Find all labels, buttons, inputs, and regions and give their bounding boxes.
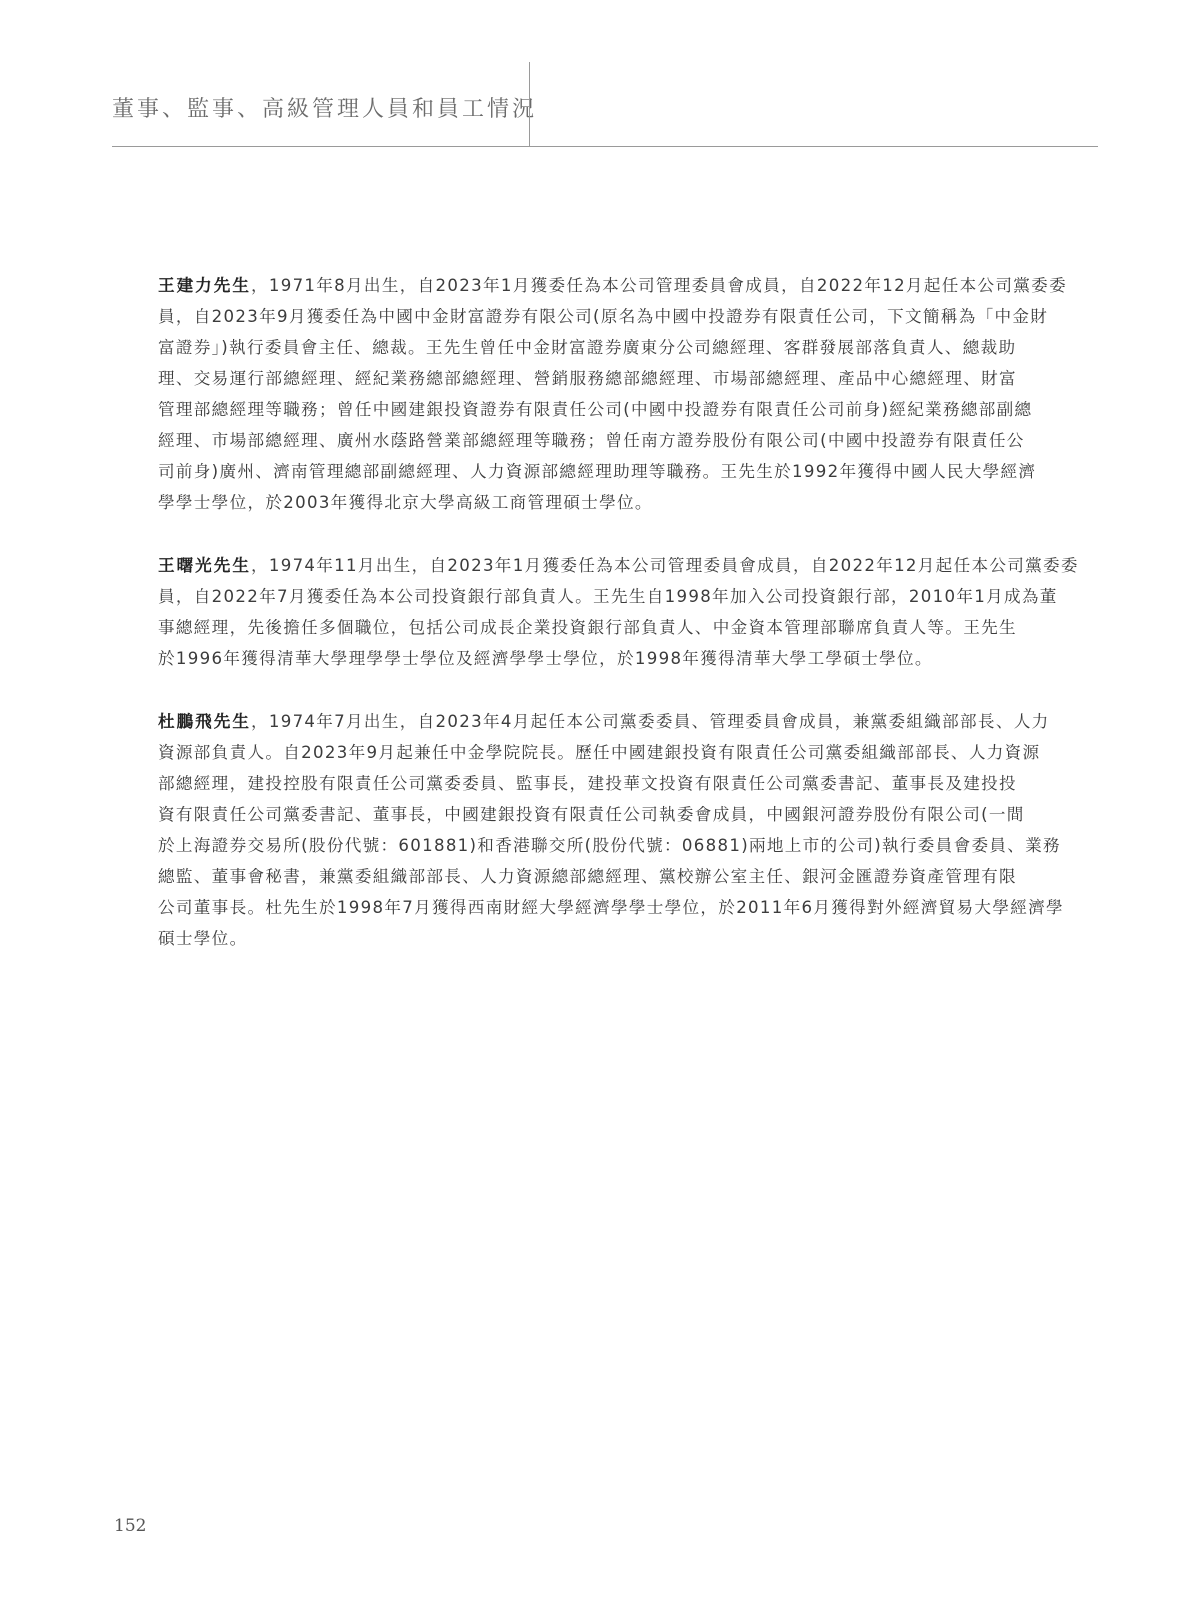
bio-line: 富證券」)執行委員會主任、總裁。王先生曾任中金財富證券廣東分公司總經理、客群發展… bbox=[158, 332, 1094, 363]
bio-line: 王曙光先生，1974年11月出生，自2023年1月獲委任為本公司管理委員會成員，… bbox=[158, 550, 1094, 581]
bio-paragraph-wang-jianli: 王建力先生，1971年8月出生，自2023年1月獲委任為本公司管理委員會成員，自… bbox=[158, 270, 1094, 518]
header-horizontal-rule bbox=[112, 146, 1098, 147]
bio-paragraph-wang-shuguang: 王曙光先生，1974年11月出生，自2023年1月獲委任為本公司管理委員會成員，… bbox=[158, 550, 1094, 674]
bio-line: 管理部總經理等職務；曾任中國建銀投資證券有限責任公司(中國中投證券有限責任公司前… bbox=[158, 394, 1094, 425]
bio-line: 事總經理，先後擔任多個職位，包括公司成長企業投資銀行部負責人、中金資本管理部聯席… bbox=[158, 612, 1094, 643]
bio-line: 員，自2022年7月獲委任為本公司投資銀行部負責人。王先生自1998年加入公司投… bbox=[158, 581, 1094, 612]
section-title: 董事、監事、高級管理人員和員工情況 bbox=[112, 92, 537, 123]
bio-line: 資有限責任公司黨委書記、董事長，中國建銀投資有限責任公司執委會成員，中國銀河證券… bbox=[158, 799, 1094, 830]
person-name: 王建力先生 bbox=[158, 276, 251, 295]
bio-line: 員，自2023年9月獲委任為中國中金財富證券有限公司(原名為中國中投證券有限責任… bbox=[158, 301, 1094, 332]
bio-line: 於1996年獲得清華大學理學學士學位及經濟學學士學位，於1998年獲得清華大學工… bbox=[158, 643, 1094, 674]
bio-line: 理、交易運行部總經理、經紀業務總部總經理、營銷服務總部總經理、市場部總經理、產品… bbox=[158, 363, 1094, 394]
bio-line: 司前身)廣州、濟南管理總部副總經理、人力資源部總經理助理等職務。王先生於1992… bbox=[158, 456, 1094, 487]
bio-line: 資源部負責人。自2023年9月起兼任中金學院院長。歷任中國建銀投資有限責任公司黨… bbox=[158, 737, 1094, 768]
bio-line: 經理、市場部總經理、廣州水蔭路營業部總經理等職務；曾任南方證券股份有限公司(中國… bbox=[158, 425, 1094, 456]
page-number: 152 bbox=[114, 1516, 146, 1536]
bio-line: 王建力先生，1971年8月出生，自2023年1月獲委任為本公司管理委員會成員，自… bbox=[158, 270, 1094, 301]
bio-paragraph-du-pengfei: 杜鵬飛先生，1974年7月出生，自2023年4月起任本公司黨委委員、管理委員會成… bbox=[158, 706, 1094, 954]
header-vertical-divider bbox=[529, 62, 530, 146]
bio-line: 碩士學位。 bbox=[158, 923, 1094, 954]
biographies-section: 王建力先生，1971年8月出生，自2023年1月獲委任為本公司管理委員會成員，自… bbox=[158, 270, 1094, 986]
bio-line: 公司董事長。杜先生於1998年7月獲得西南財經大學經濟學學士學位，於2011年6… bbox=[158, 892, 1094, 923]
bio-line: 學學士學位，於2003年獲得北京大學高級工商管理碩士學位。 bbox=[158, 487, 1094, 518]
person-name: 杜鵬飛先生 bbox=[158, 712, 251, 731]
bio-line: 部總經理，建投控股有限責任公司黨委委員、監事長，建投華文投資有限責任公司黨委書記… bbox=[158, 768, 1094, 799]
bio-line: 杜鵬飛先生，1974年7月出生，自2023年4月起任本公司黨委委員、管理委員會成… bbox=[158, 706, 1094, 737]
bio-line: 於上海證券交易所(股份代號：601881)和香港聯交所(股份代號：06881)兩… bbox=[158, 830, 1094, 861]
person-name: 王曙光先生 bbox=[158, 556, 251, 575]
bio-line: 總監、董事會秘書，兼黨委組織部部長、人力資源總部總經理、黨校辦公室主任、銀河金匯… bbox=[158, 861, 1094, 892]
